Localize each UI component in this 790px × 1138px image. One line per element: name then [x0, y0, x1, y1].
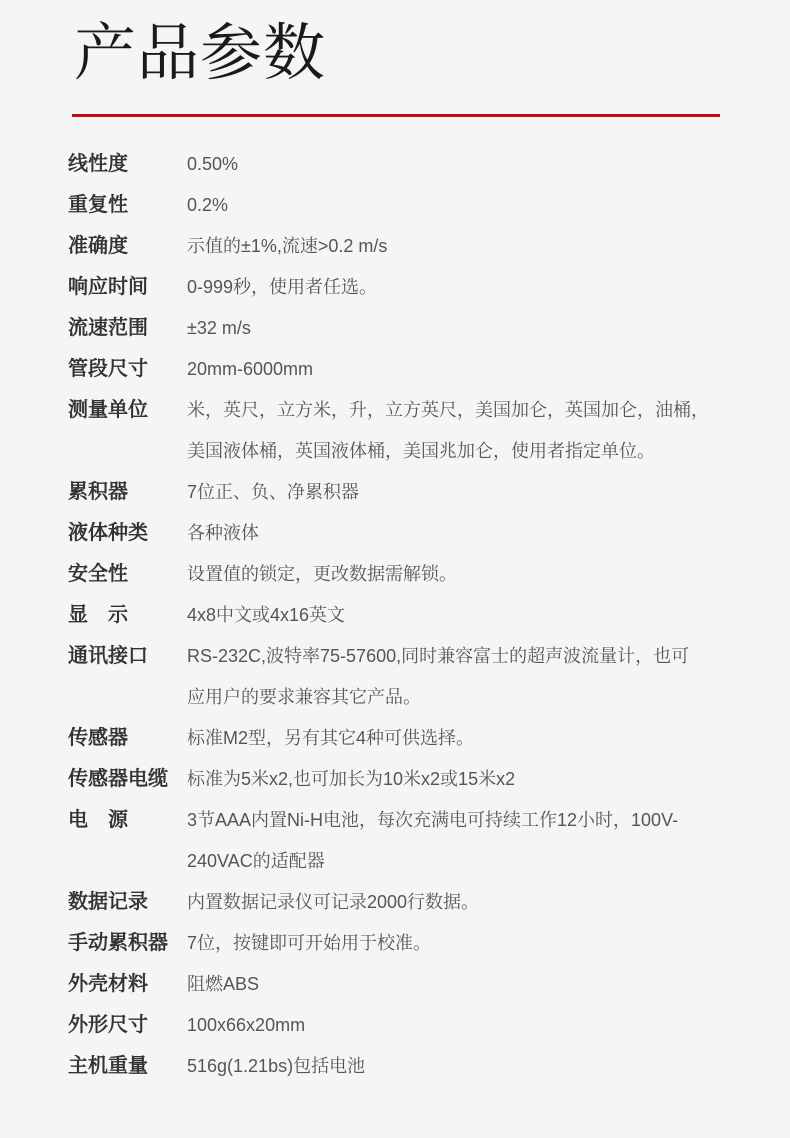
spec-label: 线性度 — [68, 144, 187, 185]
spec-row: 重复性 0.2% — [68, 185, 740, 226]
spec-row: 显 示 4x8中文或4x16英文 — [68, 595, 740, 636]
spec-row: 传感器 标准M2型，另有其它4种可供选择。 — [68, 718, 740, 759]
spec-label: 响应时间 — [68, 267, 187, 308]
spec-value: 0-999秒，使用者任选。 — [187, 267, 740, 308]
spec-row: 电 源 3节AAA内置Ni-H电池，每次充满电可持续工作12小时，100V- 2… — [68, 800, 740, 882]
spec-row: 线性度 0.50% — [68, 144, 740, 185]
spec-value: 100x66x20mm — [187, 1005, 740, 1046]
product-parameters-page: 产品参数 线性度 0.50% 重复性 0.2% 准确度 示值的±1%,流速>0.… — [0, 0, 790, 1138]
spec-value: 4x8中文或4x16英文 — [187, 595, 740, 636]
spec-value: 米，英尺，立方米，升，立方英尺，美国加仑，英国加仑，油桶， 美国液体桶，英国液体… — [187, 390, 740, 472]
spec-label: 显 示 — [68, 595, 187, 636]
spec-label: 管段尺寸 — [68, 349, 187, 390]
page-title: 产品参数 — [74, 20, 790, 88]
spec-value: 各种液体 — [187, 513, 740, 554]
spec-label: 流速范围 — [68, 308, 187, 349]
spec-label: 累积器 — [68, 472, 187, 513]
spec-value: 阻燃ABS — [187, 964, 740, 1005]
spec-value: ±32 m/s — [187, 308, 740, 349]
spec-label: 安全性 — [68, 554, 187, 595]
spec-row: 流速范围 ±32 m/s — [68, 308, 740, 349]
spec-row: 管段尺寸 20mm-6000mm — [68, 349, 740, 390]
spec-value: 标准M2型，另有其它4种可供选择。 — [187, 718, 740, 759]
header: 产品参数 — [0, 0, 790, 88]
spec-label: 液体种类 — [68, 513, 187, 554]
spec-label: 传感器 — [68, 718, 187, 759]
spec-label: 外形尺寸 — [68, 1005, 187, 1046]
spec-value: 7位，按键即可开始用于校准。 — [187, 923, 740, 964]
spec-row: 响应时间 0-999秒，使用者任选。 — [68, 267, 740, 308]
spec-label: 数据记录 — [68, 882, 187, 923]
spec-label: 准确度 — [68, 226, 187, 267]
title-underline-divider — [72, 114, 720, 117]
spec-row: 手动累积器 7位，按键即可开始用于校准。 — [68, 923, 740, 964]
spec-value: 示值的±1%,流速>0.2 m/s — [187, 226, 740, 267]
spec-value: 设置值的锁定，更改数据需解锁。 — [187, 554, 740, 595]
spec-value: 标准为5米x2,也可加长为10米x2或15米x2 — [187, 759, 740, 800]
spec-row: 外壳材料 阻燃ABS — [68, 964, 740, 1005]
spec-row: 测量单位 米，英尺，立方米，升，立方英尺，美国加仑，英国加仑，油桶， 美国液体桶… — [68, 390, 740, 472]
spec-label: 传感器电缆 — [68, 759, 187, 800]
spec-value: 3节AAA内置Ni-H电池，每次充满电可持续工作12小时，100V- 240VA… — [187, 800, 740, 882]
spec-list: 线性度 0.50% 重复性 0.2% 准确度 示值的±1%,流速>0.2 m/s… — [0, 144, 790, 1087]
spec-row: 传感器电缆 标准为5米x2,也可加长为10米x2或15米x2 — [68, 759, 740, 800]
spec-row: 数据记录 内置数据记录仪可记录2000行数据。 — [68, 882, 740, 923]
spec-row: 安全性 设置值的锁定，更改数据需解锁。 — [68, 554, 740, 595]
spec-value: RS-232C,波特率75-57600,同时兼容富士的超声波流量计，也可 应用户… — [187, 636, 740, 718]
spec-value: 内置数据记录仪可记录2000行数据。 — [187, 882, 740, 923]
spec-label: 重复性 — [68, 185, 187, 226]
spec-label: 电 源 — [68, 800, 187, 841]
spec-value: 0.50% — [187, 144, 740, 185]
spec-label: 手动累积器 — [68, 923, 187, 964]
spec-row: 准确度 示值的±1%,流速>0.2 m/s — [68, 226, 740, 267]
spec-value: 7位正、负、净累积器 — [187, 472, 740, 513]
spec-row: 外形尺寸 100x66x20mm — [68, 1005, 740, 1046]
spec-row: 液体种类 各种液体 — [68, 513, 740, 554]
spec-value: 516g(1.21bs)包括电池 — [187, 1046, 740, 1087]
spec-row: 主机重量 516g(1.21bs)包括电池 — [68, 1046, 740, 1087]
spec-label: 通讯接口 — [68, 636, 187, 677]
spec-label: 外壳材料 — [68, 964, 187, 1005]
spec-value: 0.2% — [187, 185, 740, 226]
spec-row: 累积器 7位正、负、净累积器 — [68, 472, 740, 513]
spec-label: 主机重量 — [68, 1046, 187, 1087]
spec-row: 通讯接口 RS-232C,波特率75-57600,同时兼容富士的超声波流量计，也… — [68, 636, 740, 718]
spec-label: 测量单位 — [68, 390, 187, 431]
spec-value: 20mm-6000mm — [187, 349, 740, 390]
